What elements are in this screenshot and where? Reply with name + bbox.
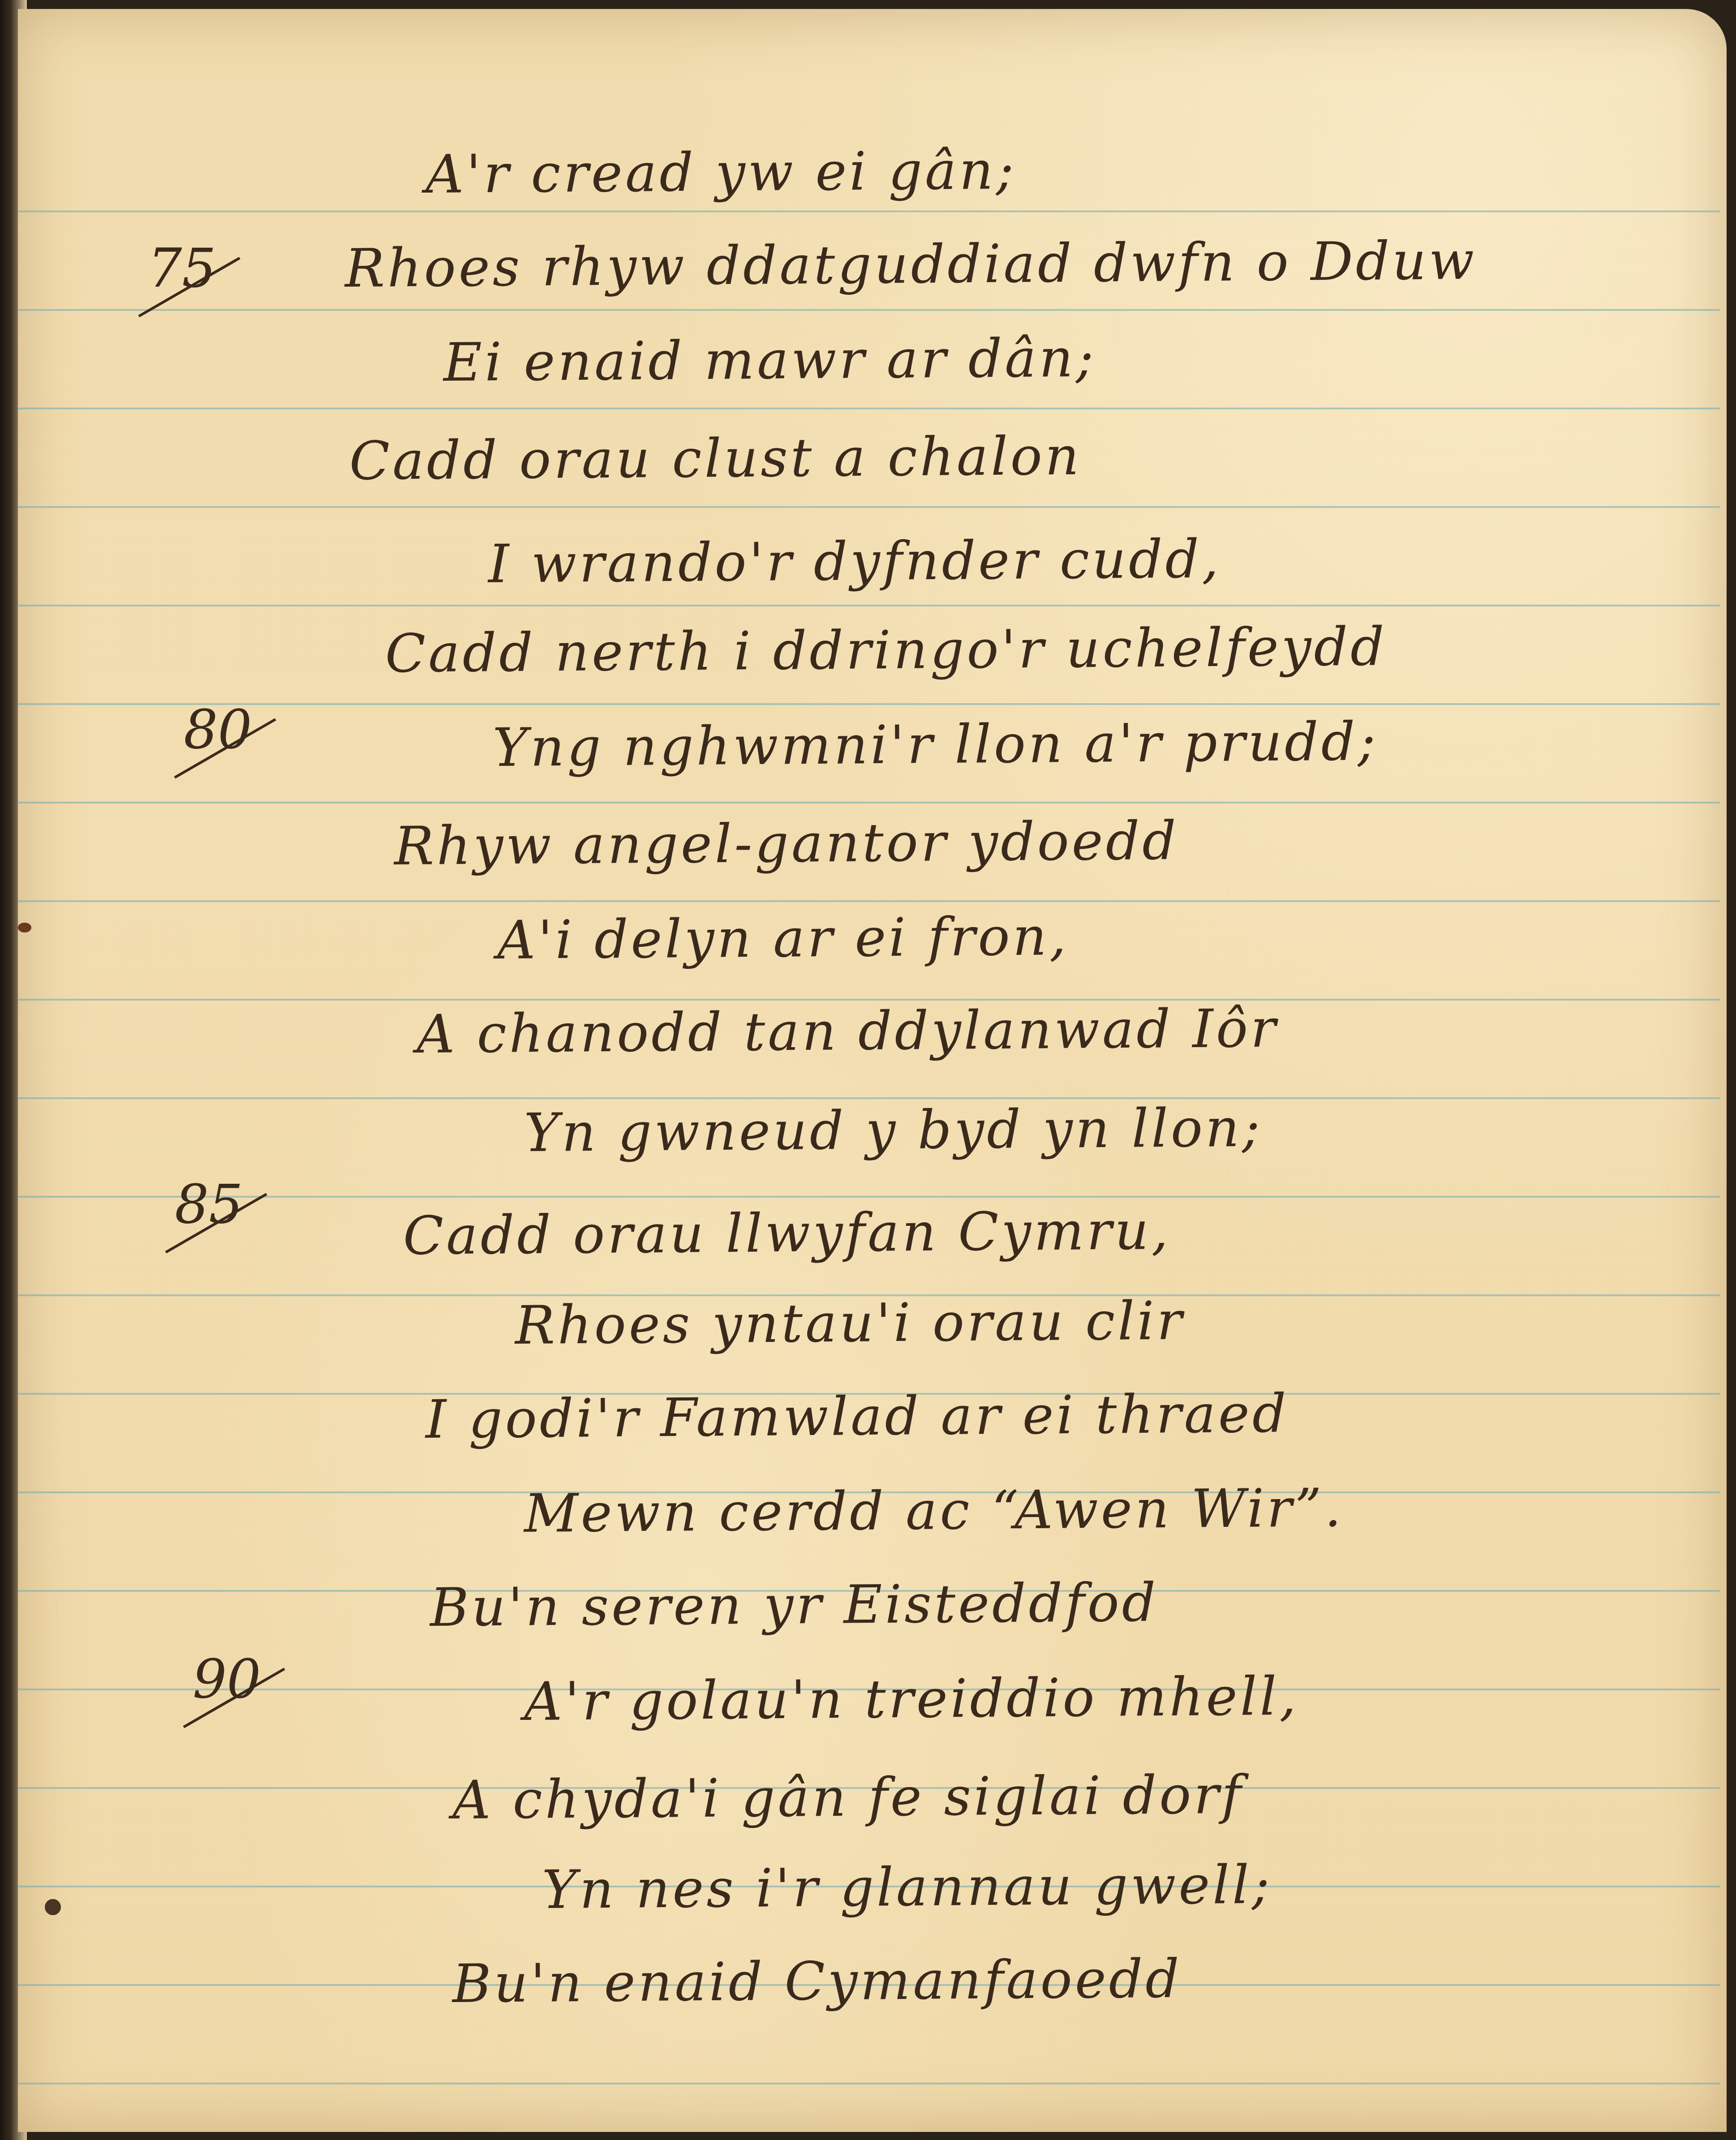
- poem-line: Yn nes i'r glannau gwell;: [542, 1854, 1272, 1921]
- poem-line: I godi'r Famwlad ar ei thraed: [425, 1383, 1289, 1450]
- poem-line: A chanodd tan ddylanwad Iôr: [417, 997, 1279, 1065]
- poem-line: Ei enaid mawr ar dân;: [443, 327, 1096, 393]
- ink-spot: [45, 1899, 61, 1915]
- poem-line: Bu'n enaid Cymanfaoedd: [452, 1948, 1182, 2015]
- line-number-75: 75: [148, 237, 216, 300]
- poem-line: Yn gwneud y byd yn llon;: [524, 1096, 1263, 1164]
- poem-line: Cadd nerth i ddringo'r uchelfeydd: [385, 615, 1388, 684]
- line-number-90: 90: [193, 1648, 261, 1710]
- poem-line: Rhoes yntau'i orau clir: [515, 1290, 1185, 1356]
- poem-line: Mewn cerdd ac “Awen Wir”.: [524, 1477, 1344, 1544]
- ruled-line: [18, 802, 1720, 804]
- poem-line: Cadd orau clust a chalon: [349, 425, 1082, 492]
- poem-line: Cadd orau llwyfan Cymru,: [403, 1199, 1171, 1267]
- poem-line: A chyda'i gân fe siglai dorf: [452, 1764, 1244, 1831]
- line-number-80: 80: [184, 699, 252, 761]
- binding-stitch-hole: [18, 923, 31, 932]
- poem-line: Bu'n seren yr Eisteddfod: [430, 1572, 1159, 1638]
- ruled-line: [18, 309, 1720, 311]
- poem-line: A'r cread yw ei gân;: [425, 139, 1017, 205]
- ruled-line: [18, 408, 1720, 409]
- poem-line: Yng nghwmni'r llon a'r prudd;: [493, 710, 1379, 778]
- poem-line: Rhyw angel-gantor ydoedd: [394, 810, 1179, 877]
- poem-line: Rhoes rhyw ddatguddiad dwfn o Dduw: [345, 229, 1477, 299]
- ruled-line: [18, 1196, 1720, 1198]
- ruled-line: [18, 900, 1720, 902]
- poem-line: A'i delyn ar ei fron,: [497, 905, 1069, 971]
- poem-line: A'r golau'n treiddio mhell,: [524, 1665, 1299, 1732]
- line-number-85: 85: [175, 1173, 243, 1236]
- ruled-line: [18, 1097, 1720, 1099]
- ruled-line: [18, 2083, 1720, 2084]
- ruled-line: [18, 211, 1720, 212]
- poem-line: I wrando'r dyfnder cudd,: [488, 528, 1222, 595]
- ruled-line: [18, 605, 1720, 606]
- ruled-line: [18, 703, 1720, 705]
- ruled-line: [18, 506, 1720, 508]
